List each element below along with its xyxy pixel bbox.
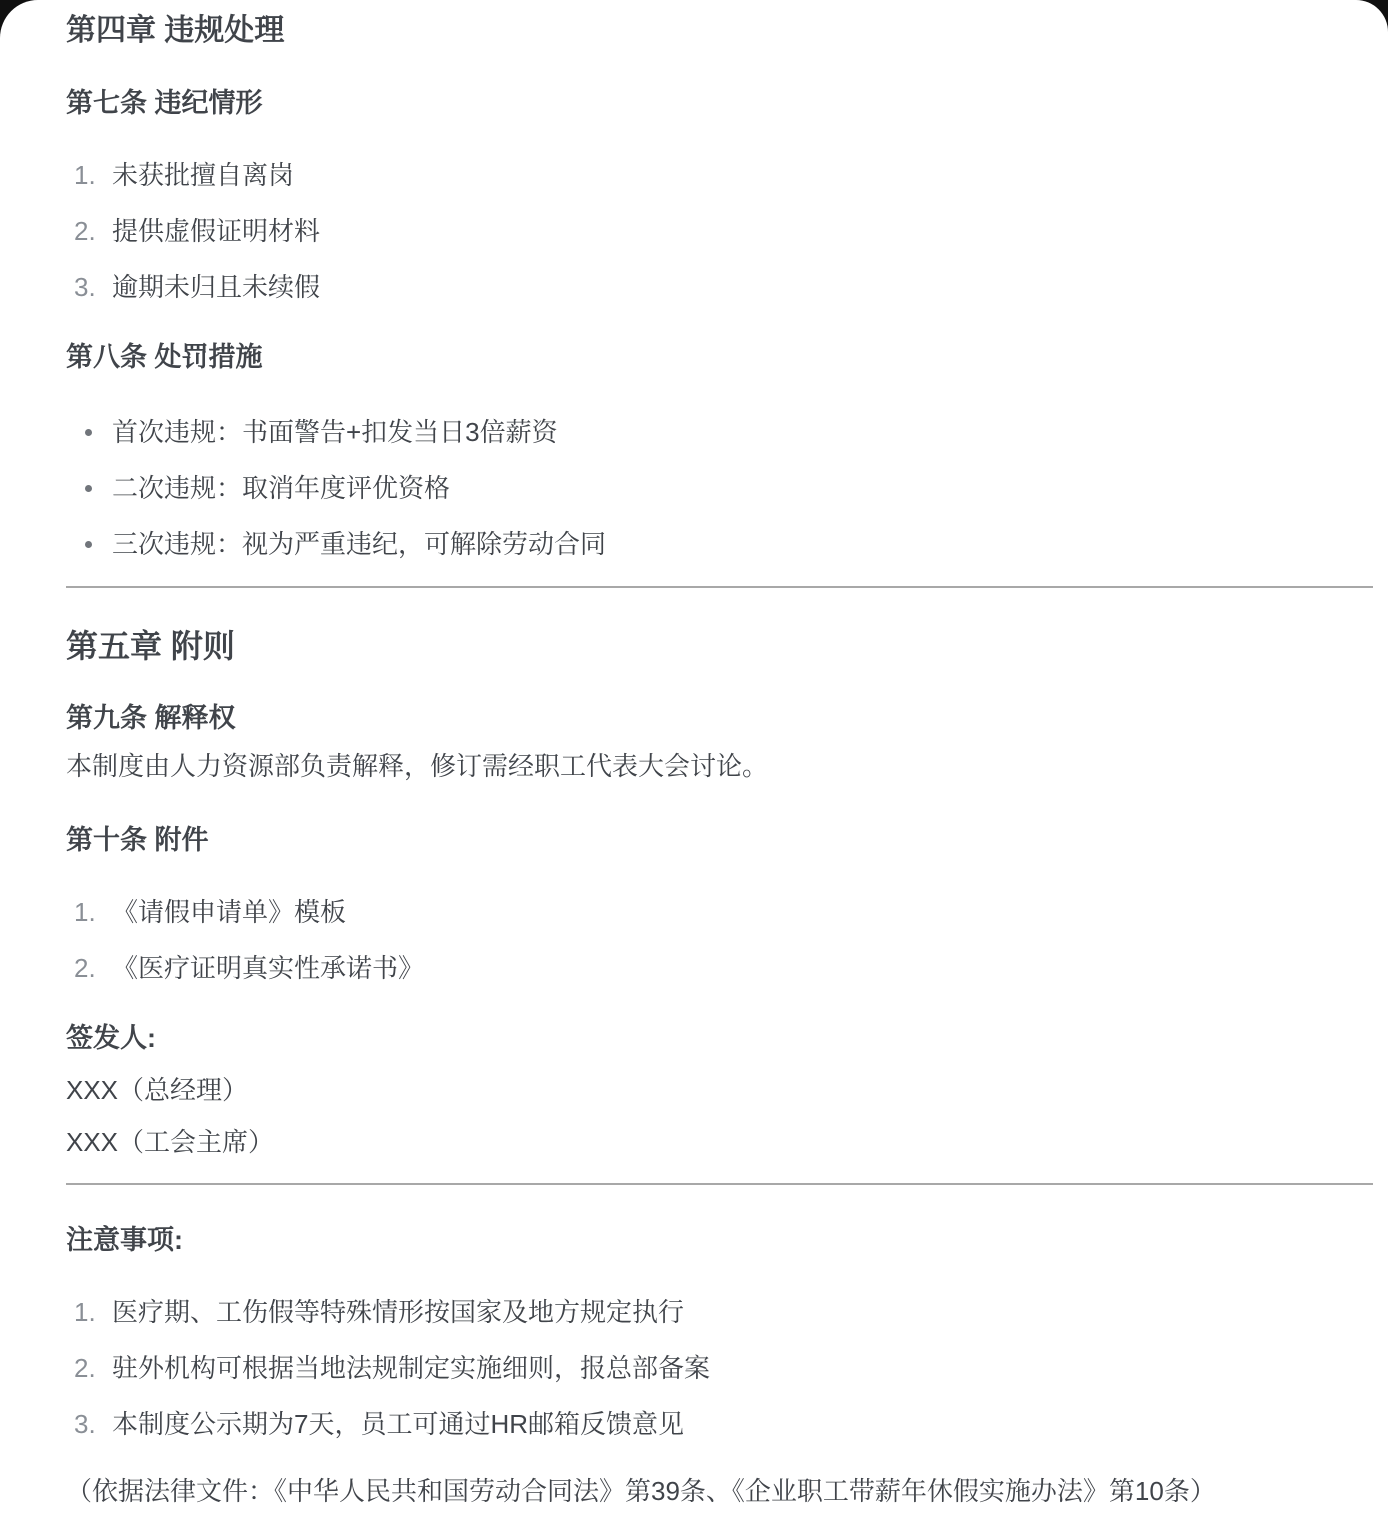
chapter5-heading: 第五章 附则 [66,626,1373,666]
issuer-name: XXX（工会主席） [66,1125,1373,1159]
note-item-text: 医疗期、工伤假等特殊情形按国家及地方规定执行 [112,1297,684,1327]
penalty-item-text: 三次违规：视为严重违纪，可解除劳动合同 [112,529,606,559]
article8-heading: 第八条 处罚措施 [66,340,1373,374]
violation-item: 1. 未获批擅自离岗 [66,158,1373,192]
penalty-list: 首次违规：书面警告+扣发当日3倍薪资 二次违规：取消年度评优资格 三次违规：视为… [66,415,1373,561]
attachment-item: 2. 《医疗证明真实性承诺书》 [66,951,1373,985]
list-number: 2. [74,951,96,985]
issuer-heading: 签发人: [66,1021,1373,1055]
note-item: 1. 医疗期、工伤假等特殊情形按国家及地方规定执行 [66,1295,1373,1329]
note-item-text: 本制度公示期为7天，员工可通过HR邮箱反馈意见 [112,1409,684,1439]
list-number: 3. [74,270,96,304]
penalty-item: 三次违规：视为严重违纪，可解除劳动合同 [66,527,1373,561]
article9-heading: 第九条 解释权 [66,701,1373,735]
attachment-item-text: 《医疗证明真实性承诺书》 [112,953,424,983]
note-item: 2. 驻外机构可根据当地法规制定实施细则，报总部备案 [66,1351,1373,1385]
notes-list: 1. 医疗期、工伤假等特殊情形按国家及地方规定执行 2. 驻外机构可根据当地法规… [66,1295,1373,1441]
list-number: 3. [74,1407,96,1441]
list-number: 1. [74,158,96,192]
note-item: 3. 本制度公示期为7天，员工可通过HR邮箱反馈意见 [66,1407,1373,1441]
article10-heading: 第十条 附件 [66,823,1373,857]
legal-reference: （依据法律文件：《中华人民共和国劳动合同法》第39条、《企业职工带薪年休假实施办… [66,1474,1373,1508]
violation-item-text: 提供虚假证明材料 [112,216,320,246]
notes-heading: 注意事项: [66,1223,1373,1257]
section-divider [66,1183,1373,1185]
penalty-item-text: 二次违规：取消年度评优资格 [112,473,450,503]
list-number: 2. [74,214,96,248]
penalty-item-text: 首次违规：书面警告+扣发当日3倍薪资 [112,417,558,447]
attachment-item-text: 《请假申请单》模板 [112,897,346,927]
violation-item: 3. 逾期未归且未续假 [66,270,1373,304]
article9-body: 本制度由人力资源部负责解释，修订需经职工代表大会讨论。 [66,749,1373,783]
attachment-list: 1. 《请假申请单》模板 2. 《医疗证明真实性承诺书》 [66,895,1373,985]
list-number: 1. [74,1295,96,1329]
penalty-item: 二次违规：取消年度评优资格 [66,471,1373,505]
section-divider [66,586,1373,588]
issuer-name: XXX（总经理） [66,1073,1373,1107]
violation-item: 2. 提供虚假证明材料 [66,214,1373,248]
attachment-item: 1. 《请假申请单》模板 [66,895,1373,929]
article7-heading: 第七条 违纪情形 [66,86,1373,120]
list-number: 2. [74,1351,96,1385]
note-item-text: 驻外机构可根据当地法规制定实施细则，报总部备案 [112,1353,710,1383]
chapter4-heading: 第四章 违规处理 [66,12,1373,50]
violation-item-text: 未获批擅自离岗 [112,160,294,190]
violation-list: 1. 未获批擅自离岗 2. 提供虚假证明材料 3. 逾期未归且未续假 [66,158,1373,304]
bullet-marker [85,485,92,492]
bullet-marker [85,429,92,436]
violation-item-text: 逾期未归且未续假 [112,272,320,302]
list-number: 1. [74,895,96,929]
bullet-marker [85,541,92,548]
penalty-item: 首次违规：书面警告+扣发当日3倍薪资 [66,415,1373,449]
document-card: 第四章 违规处理 第七条 违纪情形 1. 未获批擅自离岗 2. 提供虚假证明材料… [0,0,1388,1521]
